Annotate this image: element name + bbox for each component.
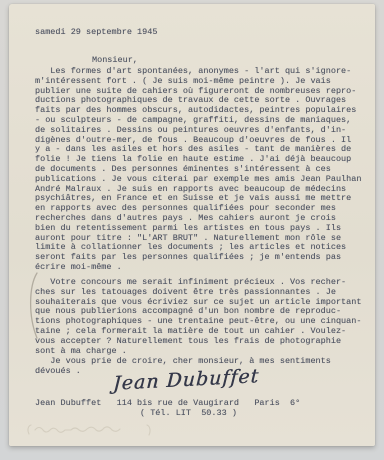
paragraph-1: Les formes d'art spontanées, anonymes - … [35,67,361,273]
letter-page: samedi 29 septembre 1945 Monsieur, Les f… [9,4,375,446]
faint-pencil-annotation [25,422,155,438]
letter-date: samedi 29 septembre 1945 [35,28,157,38]
typed-telephone: ( Tél. LIT 50.33 ) [140,409,237,419]
pencil-margin-mark [26,272,40,340]
salutation: Monsieur, [92,56,138,66]
paragraph-2: Votre concours me serait infiniment préc… [35,278,361,356]
scan-background: samedi 29 septembre 1945 Monsieur, Les f… [0,0,384,460]
